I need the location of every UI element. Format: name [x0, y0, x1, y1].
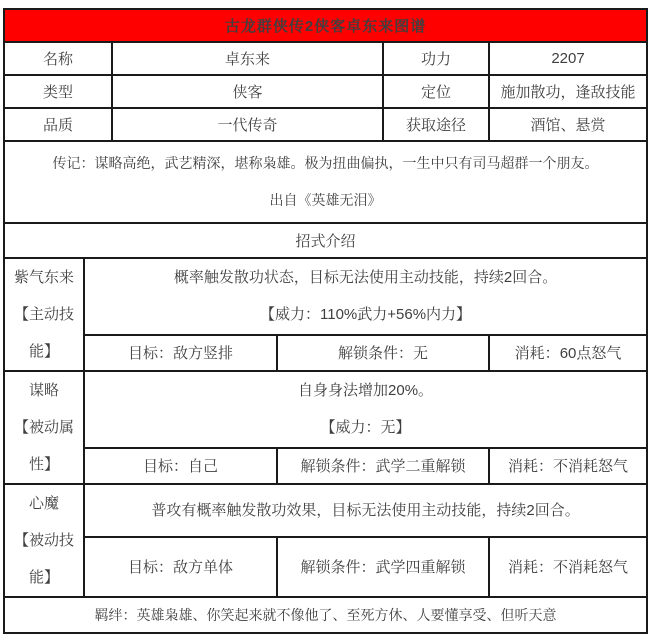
acquire-value: 酒馆、悬赏	[489, 108, 647, 141]
role-label: 定位	[383, 75, 489, 108]
biography-body: 谋略高绝，武艺精深，堪称枭雄。极为扭曲偏执，一生中只有司马超群一个朋友。	[95, 155, 599, 171]
skill3-category: 【被动技能】	[7, 522, 81, 596]
biography-text: 传记：谋略高绝，武艺精深，堪称枭雄。极为扭曲偏执，一生中只有司马超群一个朋友。	[7, 145, 644, 182]
unlock-label: 解锁条件：	[300, 458, 375, 475]
skill3-cost: 消耗：不消耗怒气	[489, 537, 647, 597]
skill3-target: 目标：敌方单体	[84, 537, 277, 597]
page: 古龙群侠传2侠客卓东来图谱 名称 卓东来 功力 2207 类型 侠客 定位 施加…	[0, 0, 648, 626]
power-value: 2207	[489, 42, 647, 75]
skill3-description: 普攻有概率触发散功效果，目标无法使用主动技能，持续2回合。	[87, 492, 644, 529]
name-value: 卓东来	[112, 42, 383, 75]
skill1-name-cell: 紫气东来 【主动技能】	[4, 258, 84, 371]
bonds-row: 羁绊：英雄枭雄、你笑起来就不像他了、至死方休、人要懂享受、但听天意	[4, 597, 647, 633]
cost-label: 消耗：	[508, 458, 553, 475]
skill1-description-row: 紫气东来 【主动技能】 概率触发散功状态，目标无法使用主动技能，持续2回合。 【…	[4, 258, 647, 335]
character-sheet-table: 古龙群侠传2侠客卓东来图谱 名称 卓东来 功力 2207 类型 侠客 定位 施加…	[3, 8, 648, 634]
type-label: 类型	[4, 75, 112, 108]
cost-label: 消耗：	[515, 345, 560, 362]
unlock-label: 解锁条件：	[338, 345, 413, 362]
title-row: 古龙群侠传2侠客卓东来图谱	[4, 9, 647, 42]
skill1-description: 概率触发散功状态，目标无法使用主动技能，持续2回合。	[87, 259, 644, 296]
page-title: 古龙群侠传2侠客卓东来图谱	[4, 9, 647, 42]
skill2-unlock: 解锁条件：武学二重解锁	[277, 448, 489, 484]
skill1-target-value: 敌方竖排	[173, 345, 233, 362]
bonds-value: 英雄枭雄、你笑起来就不像他了、至死方休、人要懂享受、但听天意	[137, 607, 557, 623]
skill3-name: 心魔	[7, 485, 81, 522]
skill2-category: 【被动属性】	[7, 409, 81, 483]
skill2-cost: 消耗：不消耗怒气	[489, 448, 647, 484]
quality-value: 一代传奇	[112, 108, 383, 141]
skill1-description-cell: 概率触发散功状态，目标无法使用主动技能，持续2回合。 【威力：110%武力+56…	[84, 258, 647, 335]
info-row-type: 类型 侠客 定位 施加散功，逢敌技能	[4, 75, 647, 108]
acquire-label: 获取途径	[383, 108, 489, 141]
skill1-unlock-value: 无	[413, 345, 428, 362]
skill3-name-cell: 心魔 【被动技能】	[4, 484, 84, 597]
biography-source: 出自《英雄无泪》	[7, 182, 644, 219]
power-label: 功力	[383, 42, 489, 75]
skill2-target-value: 自己	[188, 458, 218, 475]
type-value: 侠客	[112, 75, 383, 108]
skill1-target: 目标：敌方竖排	[84, 335, 277, 371]
name-label: 名称	[4, 42, 112, 75]
cost-label: 消耗：	[508, 559, 553, 576]
target-label: 目标：	[143, 458, 188, 475]
skill2-name: 谋略	[7, 372, 81, 409]
skill2-description-row: 谋略 【被动属性】 自身身法增加20%。 【威力：无】	[4, 371, 647, 448]
skill3-cost-value: 不消耗怒气	[553, 559, 628, 576]
quality-label: 品质	[4, 108, 112, 141]
target-label: 目标：	[128, 559, 173, 576]
skill1-cost-value: 60点怒气	[560, 345, 622, 362]
info-row-quality: 品质 一代传奇 获取途径 酒馆、悬赏	[4, 108, 647, 141]
skill1-unlock: 解锁条件：无	[277, 335, 489, 371]
target-label: 目标：	[128, 345, 173, 362]
skill1-power: 【威力：110%武力+56%内力】	[87, 296, 644, 333]
skill1-name: 紫气东来	[7, 259, 81, 296]
skill2-unlock-value: 武学二重解锁	[376, 458, 466, 475]
info-row-name: 名称 卓东来 功力 2207	[4, 42, 647, 75]
skill2-cost-value: 不消耗怒气	[553, 458, 628, 475]
skills-header-row: 招式介绍	[4, 223, 647, 258]
skill1-cost: 消耗：60点怒气	[489, 335, 647, 371]
skills-header: 招式介绍	[4, 223, 647, 258]
unlock-label: 解锁条件：	[300, 559, 375, 576]
bonds-cell: 羁绊：英雄枭雄、你笑起来就不像他了、至死方休、人要懂享受、但听天意	[4, 597, 647, 633]
skill2-power: 【威力：无】	[87, 409, 644, 446]
skill2-name-cell: 谋略 【被动属性】	[4, 371, 84, 484]
skill2-description: 自身身法增加20%。	[87, 372, 644, 409]
biography-label: 传记：	[53, 155, 95, 171]
skill3-unlock-value: 武学四重解锁	[376, 559, 466, 576]
role-value: 施加散功，逢敌技能	[489, 75, 647, 108]
skill3-description-row: 心魔 【被动技能】 普攻有概率触发散功效果，目标无法使用主动技能，持续2回合。	[4, 484, 647, 537]
skill3-target-value: 敌方单体	[173, 559, 233, 576]
skill3-details-row: 目标：敌方单体 解锁条件：武学四重解锁 消耗：不消耗怒气	[4, 537, 647, 597]
bonds-label: 羁绊：	[95, 607, 137, 623]
skill1-details-row: 目标：敌方竖排 解锁条件：无 消耗：60点怒气	[4, 335, 647, 371]
biography-cell: 传记：谋略高绝，武艺精深，堪称枭雄。极为扭曲偏执，一生中只有司马超群一个朋友。 …	[4, 141, 647, 223]
skill2-target: 目标：自己	[84, 448, 277, 484]
skill3-unlock: 解锁条件：武学四重解锁	[277, 537, 489, 597]
biography-row: 传记：谋略高绝，武艺精深，堪称枭雄。极为扭曲偏执，一生中只有司马超群一个朋友。 …	[4, 141, 647, 223]
skill1-category: 【主动技能】	[7, 296, 81, 370]
skill3-description-cell: 普攻有概率触发散功效果，目标无法使用主动技能，持续2回合。	[84, 484, 647, 537]
skill2-description-cell: 自身身法增加20%。 【威力：无】	[84, 371, 647, 448]
skill2-details-row: 目标：自己 解锁条件：武学二重解锁 消耗：不消耗怒气	[4, 448, 647, 484]
